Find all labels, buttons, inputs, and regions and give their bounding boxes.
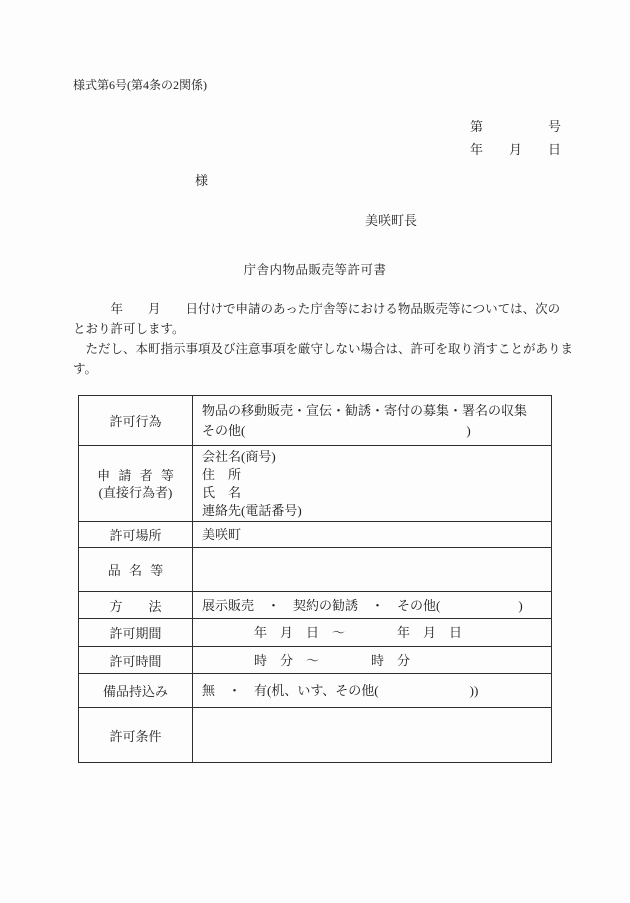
row-label: 許可期間 bbox=[80, 623, 191, 642]
row-content-line: 展示販売 ・ 契約の勧誘 ・ その他( ) bbox=[202, 596, 547, 615]
row-label-cell: 許可場所 bbox=[79, 522, 193, 548]
row-label-cell: 品 名 等 bbox=[79, 548, 193, 592]
row-content-cell bbox=[193, 708, 552, 763]
row-label: 方 法 bbox=[80, 596, 191, 615]
body-text: 年 月 日付けで申請のあった庁舎等における物品販売等については、次の とおり許可… bbox=[73, 299, 593, 379]
issuer-name: 美咲町長 bbox=[365, 210, 417, 229]
row-label-cell: 方 法 bbox=[79, 592, 193, 619]
table-row-permitted-place: 許可場所 美咲町 bbox=[79, 522, 552, 548]
form-number: 様式第6号(第4条の2関係) bbox=[73, 76, 207, 93]
table-row-item-names: 品 名 等 bbox=[79, 548, 552, 592]
row-label: 許可時間 bbox=[80, 651, 191, 670]
row-label: 許可場所 bbox=[80, 525, 191, 544]
table-row-permit-period: 許可期間 年 月 日 ～ 年 月 日 bbox=[79, 619, 552, 647]
row-content-line: 美咲町 bbox=[202, 525, 547, 544]
row-content-line: 物品の移動販売・宣伝・勧誘・寄付の募集・署名の収集 bbox=[202, 401, 547, 421]
row-content-cell: 会社名(商号) 住 所 氏 名 連絡先(電話番号) bbox=[193, 446, 552, 522]
row-label-cell: 備品持込み bbox=[79, 674, 193, 708]
row-label-cell: 申 請 者 等 (直接行為者) bbox=[79, 446, 193, 522]
row-content-cell: 展示販売 ・ 契約の勧誘 ・ その他( ) bbox=[193, 592, 552, 619]
row-content-line: 住 所 bbox=[202, 466, 547, 484]
permit-table: 許可行為 物品の移動販売・宣伝・勧誘・寄付の募集・署名の収集 その他( ) 申 … bbox=[78, 395, 552, 763]
body-line: 年 月 日付けで申請のあった庁舎等における物品販売等については、次の bbox=[73, 299, 593, 319]
body-line: ただし、本町指示事項及び注意事項を厳守しない場合は、許可を取り消すことがありま bbox=[73, 339, 593, 359]
doc-number-line: 第 号 bbox=[470, 116, 561, 135]
row-label: 許可行為 bbox=[80, 411, 191, 430]
table-row-permit-conditions: 許可条件 bbox=[79, 708, 552, 763]
table-row-applicant: 申 請 者 等 (直接行為者) 会社名(商号) 住 所 氏 名 連絡先(電話番号… bbox=[79, 446, 552, 522]
row-label: 備品持込み bbox=[80, 681, 191, 700]
table-row-permit-hours: 許可時間 時 分 ～ 時 分 bbox=[79, 647, 552, 674]
body-line: とおり許可します。 bbox=[73, 319, 593, 339]
row-label-cell: 許可条件 bbox=[79, 708, 193, 763]
table-row-equipment: 備品持込み 無 ・ 有(机、いす、その他( )) bbox=[79, 674, 552, 708]
row-label: 許可条件 bbox=[80, 726, 191, 745]
table-row-method: 方 法 展示販売 ・ 契約の勧誘 ・ その他( ) bbox=[79, 592, 552, 619]
row-content-line: その他( ) bbox=[202, 421, 547, 441]
row-label-cell: 許可期間 bbox=[79, 619, 193, 647]
addressee-suffix: 様 bbox=[195, 170, 208, 189]
row-label-cell: 許可時間 bbox=[79, 647, 193, 674]
row-content-cell: 時 分 ～ 時 分 bbox=[193, 647, 552, 674]
row-content-cell: 美咲町 bbox=[193, 522, 552, 548]
document-page: 様式第6号(第4条の2関係) 第 号 年 月 日 様 美咲町長 庁舎内物品販売等… bbox=[0, 0, 630, 903]
row-content-line: 会社名(商号) bbox=[202, 448, 547, 466]
document-title: 庁舎内物品販売等許可書 bbox=[0, 260, 630, 278]
row-content-cell: 物品の移動販売・宣伝・勧誘・寄付の募集・署名の収集 その他( ) bbox=[193, 396, 552, 446]
row-label-cell: 許可行為 bbox=[79, 396, 193, 446]
row-content-cell: 無 ・ 有(机、いす、その他( )) bbox=[193, 674, 552, 708]
date-line: 年 月 日 bbox=[470, 139, 561, 158]
row-content-line: 無 ・ 有(机、いす、その他( )) bbox=[202, 681, 547, 700]
row-content-line: 連絡先(電話番号) bbox=[202, 502, 547, 520]
row-content-line: 年 月 日 ～ 年 月 日 bbox=[202, 623, 547, 642]
row-label: 申 請 者 等 bbox=[80, 467, 191, 484]
row-content-cell bbox=[193, 548, 552, 592]
row-content-line: 時 分 ～ 時 分 bbox=[202, 651, 547, 670]
table-row-permitted-act: 許可行為 物品の移動販売・宣伝・勧誘・寄付の募集・署名の収集 その他( ) bbox=[79, 396, 552, 446]
row-label: 品 名 等 bbox=[80, 560, 191, 579]
row-content-line: 氏 名 bbox=[202, 484, 547, 502]
body-line: す。 bbox=[73, 359, 593, 379]
row-content-cell: 年 月 日 ～ 年 月 日 bbox=[193, 619, 552, 647]
row-label: (直接行為者) bbox=[80, 484, 191, 501]
